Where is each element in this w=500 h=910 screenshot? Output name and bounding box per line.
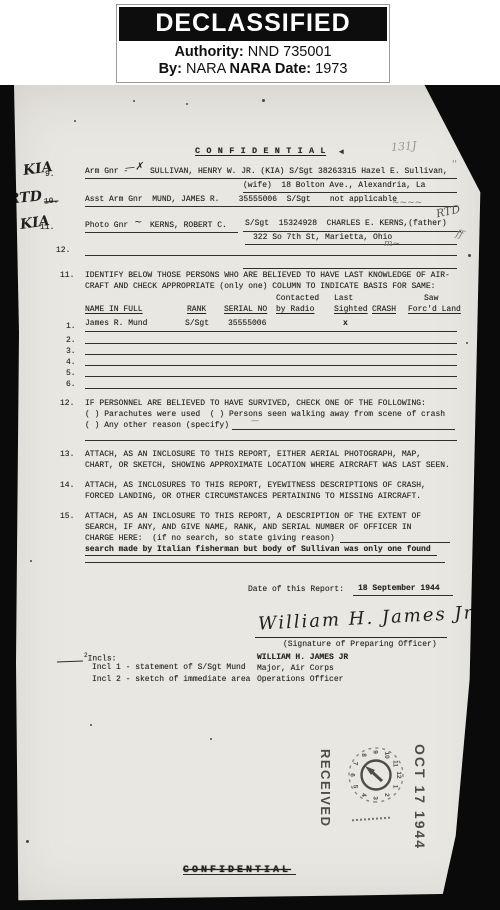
entry10-text: Asst Arm Gnr MUND, JAMES R. 35555006 S/S… <box>85 195 397 205</box>
entry12-underline2 <box>243 268 457 269</box>
pencil-squiggle-10: ~~~~ <box>392 198 422 208</box>
nara-line: By: NARA NARA Date: 1973 <box>117 61 389 78</box>
by-label: By: <box>159 61 182 77</box>
incl-1: Incl 1 - statement of S/Sgt Mund <box>92 663 246 673</box>
item14-line1: ATTACH, AS INCLOSURES TO THIS REPORT, EY… <box>85 481 426 491</box>
scan-speck <box>26 840 29 843</box>
entry9-number: 9. <box>45 170 55 180</box>
entry11-name: KERNS, ROBERT C. <box>150 221 227 231</box>
entry12-number: 12. <box>56 246 70 256</box>
entry9-role: Arm Gnr - <box>85 167 128 177</box>
entry11-address-underline <box>245 244 457 245</box>
item12-line2: ( ) Parachutes were used ( ) Persons see… <box>85 410 445 420</box>
scanned-document-page: DECLASSIFIED Authority: NND 735001 By: N… <box>0 0 500 910</box>
dial-7: 7 <box>352 762 359 766</box>
dial-10: 10 <box>383 751 390 759</box>
declassified-info: Authority: NND 735001 By: NARA NARA Date… <box>117 43 389 82</box>
item15-blank-underline <box>340 542 450 543</box>
item15-answer-underline <box>85 555 437 556</box>
entry11-role: Photo Gnr <box>85 221 128 231</box>
row4-underline <box>85 365 457 366</box>
row3-number: 3. <box>66 347 76 357</box>
header-sighted: Sighted <box>334 305 368 315</box>
entry9-underline <box>85 178 457 179</box>
nara-date-label: NARA Date: <box>229 61 311 77</box>
entry10-number-struck: 10. <box>44 197 59 208</box>
row4-number: 4. <box>66 358 76 368</box>
officer-rank: Major, Air Corps <box>257 664 334 674</box>
row6-underline <box>85 388 457 389</box>
specify-blank-underline <box>232 429 455 430</box>
dial-11: 11 <box>391 760 398 767</box>
pencil-tilde-mark: ~ <box>134 217 142 228</box>
scan-speck <box>133 100 135 102</box>
by-value: NARA <box>182 61 230 77</box>
dial-3: 3 <box>371 796 378 800</box>
item13-line2: CHART, OR SKETCH, SHOWING APPROXIMATE LO… <box>85 461 450 471</box>
footer-strike-line <box>183 874 296 875</box>
arrow-mark: ◄ <box>339 148 344 158</box>
pencil-m-mark: m~ <box>384 239 400 249</box>
item13-number: 13. <box>60 450 74 460</box>
report-date-value: 18 September 1944 <box>358 584 440 594</box>
signature-line <box>255 637 447 638</box>
row1-number: 1. <box>66 322 76 332</box>
row2-number: 2. <box>66 336 76 346</box>
row1-rank: S/Sgt <box>185 319 209 329</box>
col-contacted: Contacted <box>276 294 319 304</box>
received-stamp-text: RECEIVED <box>318 749 333 827</box>
small-dash-mark: — <box>251 416 259 425</box>
item11-line2: CRAFT AND CHECK APPROPRIATE (only one) C… <box>85 282 435 292</box>
entry12-underline <box>85 255 457 256</box>
dial-8: 8 <box>360 753 367 757</box>
entry11-number: 11. <box>40 223 54 233</box>
stamp-date-text: OCT 17 1944 <box>412 744 428 850</box>
pencil-x-mark: —✗ <box>124 161 143 174</box>
dial-6: 6 <box>348 773 355 777</box>
row5-number: 5. <box>66 369 76 379</box>
scan-speck <box>90 724 92 726</box>
header-name-in-full: NAME IN FULL <box>85 305 143 315</box>
header-forcd-land: Forc'd Land <box>408 305 461 315</box>
time-dial-stamp: 12 1 2 3 4 5 6 7 8 9 10 11 <box>346 745 406 805</box>
entry11-underline-left <box>85 232 238 233</box>
scan-speck <box>74 120 76 122</box>
item15-line3: CHARGE HERE: (if no search, so state giv… <box>85 534 335 544</box>
item14-line2: FORCED LANDING, OR OTHER CIRCUMSTANCES P… <box>85 492 421 502</box>
authority-value: NND 735001 <box>244 44 332 60</box>
item15-number: 15. <box>60 512 74 522</box>
report-date-underline <box>353 595 453 596</box>
item15-line2: SEARCH, IF ANY, AND GIVE NAME, RANK, AND… <box>85 523 411 533</box>
edge-pencil-mark: '' <box>452 160 457 170</box>
header-crash: CRASH <box>372 305 396 315</box>
signature-caption: (Signature of Preparing Officer) <box>283 640 437 650</box>
row1-name: James R. Mund <box>85 319 147 329</box>
page-number-handwritten: 131J <box>391 139 417 154</box>
header-rank: RANK <box>187 305 206 315</box>
scan-speck <box>186 103 188 105</box>
col-saw: Saw <box>424 294 438 304</box>
authority-line: Authority: NND 735001 <box>117 44 389 61</box>
entry11-address: 322 So 7th St, Marietta, Ohio <box>253 233 392 243</box>
item12-line1: IF PERSONNEL ARE BELIEVED TO HAVE SURVIV… <box>85 399 426 409</box>
nara-date-value: 1973 <box>311 61 347 77</box>
dial-9: 9 <box>371 750 378 754</box>
item12-number: 12. <box>60 399 74 409</box>
declassified-title: DECLASSIFIED <box>119 7 387 41</box>
row5-underline <box>85 376 457 377</box>
item15-answer: search made by Italian fisherman but bod… <box>85 545 431 555</box>
classification-heading: C O N F I D E N T I A L <box>195 146 326 156</box>
scan-speck <box>30 560 32 562</box>
scan-speck <box>210 738 212 740</box>
header-by-radio: by Radio <box>276 305 314 315</box>
row2-underline <box>85 343 457 344</box>
scan-speck <box>466 342 468 344</box>
report-date-label: Date of this Report: <box>248 585 344 595</box>
scan-speck <box>468 254 471 257</box>
entry11-underline-right <box>243 231 461 232</box>
entry9-address: (wife) 18 Bolton Ave., Alexandria, La <box>243 181 425 191</box>
scan-speck <box>262 99 265 102</box>
row3-underline <box>85 354 457 355</box>
dial-1: 1 <box>391 785 398 789</box>
row6-number: 6. <box>66 380 76 390</box>
item11-number: 11. <box>60 271 74 281</box>
entry9-address-underline <box>243 192 457 193</box>
row1-underline <box>85 331 457 332</box>
row1-serial: 35555006 <box>228 319 266 329</box>
item12-line3: ( ) Any other reason (specify) <box>85 421 229 431</box>
item14-number: 14. <box>60 481 74 491</box>
declassified-banner: DECLASSIFIED Authority: NND 735001 By: N… <box>116 4 390 83</box>
item13-line1: ATTACH, AS AN INCLOSURE TO THIS REPORT, … <box>85 450 421 460</box>
dial-4: 4 <box>360 793 367 797</box>
item15-line1: ATTACH, AS AN INCLOSURE TO THIS REPORT, … <box>85 512 421 522</box>
officer-title: Operations Officer <box>257 675 343 685</box>
dial-12: 12 <box>395 771 402 779</box>
authority-label: Authority: <box>174 44 243 60</box>
incl-2: Incl 2 - sketch of immediate area <box>92 675 250 685</box>
item11-line1: IDENTIFY BELOW THOSE PERSONS WHO ARE BEL… <box>85 271 450 281</box>
entry11-nok: S/Sgt 15324928 CHARLES E. KERNS,(father) <box>245 219 447 229</box>
item12-bottom-underline <box>85 440 457 441</box>
col-last: Last <box>334 294 353 304</box>
item15-extra-underline <box>85 562 445 563</box>
row1-last-sighted-mark: x <box>343 319 348 329</box>
header-serial-no: SERIAL NO <box>224 305 267 315</box>
dial-2: 2 <box>383 793 390 797</box>
dial-5: 5 <box>352 785 359 789</box>
entry9-text: SULLIVAN, HENRY W. JR. (KIA) S/Sgt 38263… <box>150 167 448 177</box>
officer-name: WILLIAM H. JAMES JR <box>257 653 348 663</box>
